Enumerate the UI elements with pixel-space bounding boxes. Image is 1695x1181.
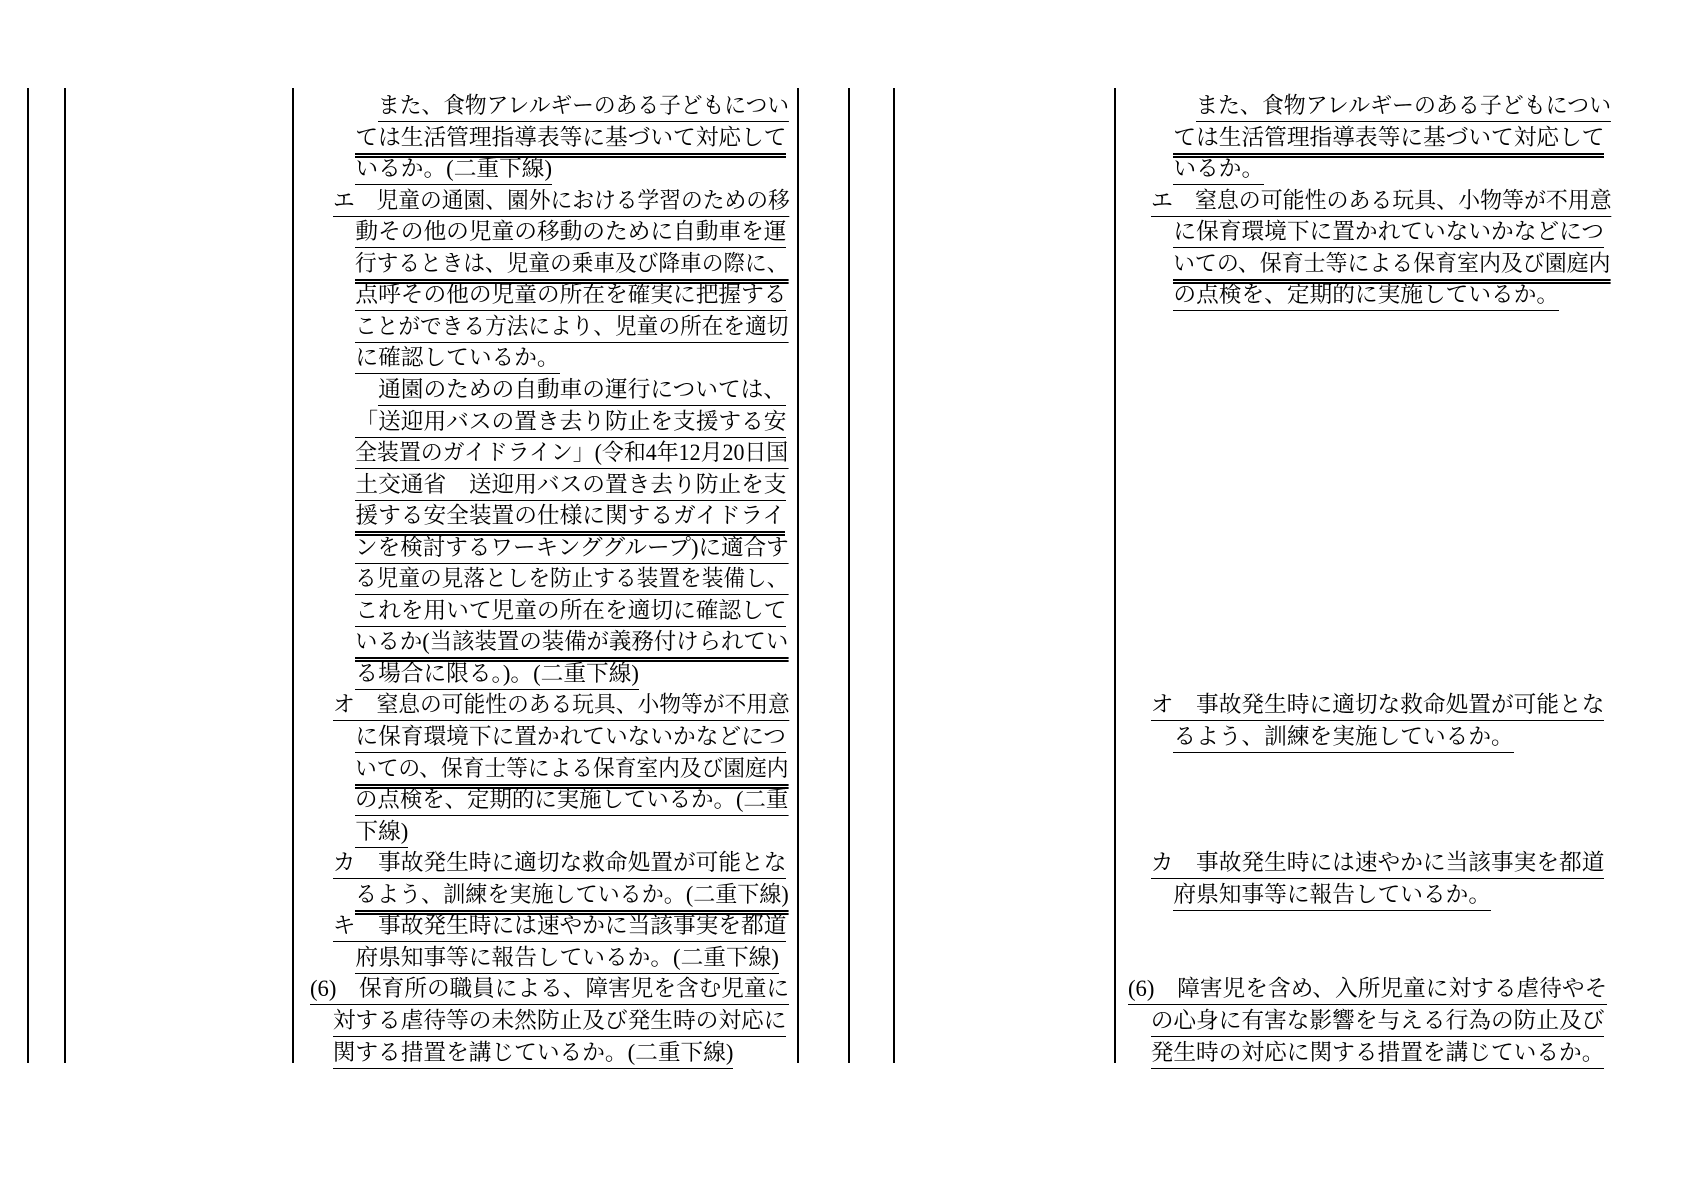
- text-line: これを用いて児童の所在を適切に確認して: [355, 596, 786, 627]
- line-text: ンを検討するワーキンググループ)に適合す: [355, 533, 789, 564]
- line-text: 「送迎用バスの置き去り防止を支援する安: [355, 407, 786, 438]
- line-text: カ 事故発生時に適切な救命処置が可能とな: [333, 848, 787, 879]
- text-line: いての、保育士等による保育室内及び園庭内: [1173, 249, 1626, 284]
- text-line: ンを検討するワーキンググループ)に適合す: [355, 533, 791, 564]
- line-text: いるか。(二重下線): [355, 154, 552, 185]
- line-text: いるか(当該装置の装備が義務付けられてい: [355, 627, 788, 662]
- line-text: るよう、訓練を実施しているか。(二重下線): [355, 880, 789, 915]
- text-line: いるか(当該装置の装備が義務付けられてい: [355, 627, 794, 662]
- table-rule-vertical-6: [893, 88, 895, 1063]
- line-text: の点検を、定期的に実施しているか。(二重: [355, 785, 788, 816]
- text-line: に確認しているか。: [355, 343, 559, 374]
- line-text: いての、保育士等による保育室内及び園庭内: [355, 754, 788, 789]
- line-text: に保育環境下に置かれていないかなどにつ: [1173, 217, 1604, 248]
- line-text: の点検を、定期的に実施しているか。: [1173, 280, 1559, 311]
- text-line: に保育環境下に置かれていないかなどにつ: [1173, 217, 1604, 248]
- line-text: 関する措置を講じているか。(二重下線): [333, 1038, 734, 1069]
- text-line: の点検を、定期的に実施しているか。: [1173, 280, 1559, 311]
- line-text: 下線): [355, 817, 408, 848]
- text-line: カ 事故発生時に適切な救命処置が可能とな: [333, 848, 787, 879]
- text-line: 全装置のガイドライン」(令和4年12月20日国: [355, 438, 804, 469]
- text-line: ては生活管理指導表等に基づいて対応して: [1173, 123, 1604, 158]
- text-line: に保育環境下に置かれていないかなどにつ: [355, 722, 786, 753]
- text-line: 発生時の対応に関する措置を講じているか。: [1151, 1038, 1605, 1069]
- text-line: オ 窒息の可能性のある玩具、小物等が不用意: [333, 690, 809, 721]
- text-line: いての、保育士等による保育室内及び園庭内: [355, 754, 808, 789]
- text-line: 府県知事等に報告しているか。: [1173, 880, 1491, 911]
- text-line: 府県知事等に報告しているか。(二重下線): [355, 943, 778, 974]
- text-line: カ 事故発生時には速やかに当該事実を都道: [1151, 848, 1605, 879]
- text-line: るよう、訓練を実施しているか。(二重下線): [355, 880, 801, 915]
- line-text: いての、保育士等による保育室内及び園庭内: [1173, 249, 1610, 284]
- line-text: ては生活管理指導表等に基づいて対応して: [1173, 123, 1604, 158]
- text-line: エ 児童の通園、園外における学習のための移: [333, 186, 809, 217]
- text-line: 行するときは、児童の乗車及び降車の際に、: [355, 249, 809, 284]
- line-text: 援する安全装置の仕様に関するガイドライ: [355, 501, 785, 536]
- line-text: キ 事故発生時には速やかに当該事実を都道: [333, 911, 787, 942]
- line-text: の心身に有害な影響を与える行為の防止及び: [1151, 1006, 1605, 1037]
- text-line: 通園のための自動車の運行については、: [378, 375, 786, 406]
- line-text: エ 児童の通園、園外における学習のための移: [333, 186, 790, 217]
- line-text: 行するときは、児童の乗車及び降車の際に、: [355, 249, 788, 284]
- text-line: ては生活管理指導表等に基づいて対応して: [355, 123, 786, 158]
- text-line: また、食物アレルギーのある子どもについ: [378, 91, 807, 122]
- line-text: いるか。: [1173, 154, 1264, 185]
- line-text: オ 窒息の可能性のある玩具、小物等が不用意: [333, 690, 790, 721]
- table-rule-vertical-1: [27, 88, 29, 1063]
- line-text: カ 事故発生時には速やかに当該事実を都道: [1151, 848, 1605, 879]
- line-text: また、食物アレルギーのある子どもについ: [1196, 91, 1611, 122]
- line-text: 府県知事等に報告しているか。(二重下線): [355, 943, 778, 974]
- table-rule-vertical-5: [848, 88, 850, 1063]
- text-line: (6) 障害児を含め、入所児童に対する虐待やそ: [1128, 974, 1607, 1005]
- table-rule-vertical-2: [64, 88, 66, 1063]
- line-text: これを用いて児童の所在を適切に確認して: [355, 596, 786, 627]
- line-text: 府県知事等に報告しているか。: [1173, 880, 1491, 911]
- line-text: 全装置のガイドライン」(令和4年12月20日国: [355, 438, 788, 469]
- text-line: るよう、訓練を実施しているか。: [1173, 722, 1513, 753]
- text-line: ことができる方法により、児童の所在を適切: [355, 312, 809, 343]
- text-line: の点検を、定期的に実施しているか。(二重: [355, 785, 794, 816]
- line-text: る児童の見落としを防止する装置を装備し、: [355, 564, 788, 595]
- document-page: また、食物アレルギーのある子どもについては生活管理指導表等に基づいて対応している…: [0, 0, 1695, 1181]
- text-line: オ 事故発生時に適切な救命処置が可能とな: [1151, 690, 1605, 721]
- line-text: に保育環境下に置かれていないかなどにつ: [355, 722, 786, 753]
- text-line: (6) 保育所の職員による、障害児を含む児童に: [310, 974, 790, 1005]
- text-line: の心身に有害な影響を与える行為の防止及び: [1151, 1006, 1605, 1037]
- line-text: エ 窒息の可能性のある玩具、小物等が不用意: [1151, 186, 1612, 217]
- line-text: オ 事故発生時に適切な救命処置が可能とな: [1151, 690, 1605, 721]
- text-line: る場合に限る。)。(二重下線): [355, 659, 639, 690]
- text-line: る児童の見落としを防止する装置を装備し、: [355, 564, 809, 595]
- text-line: 土交通省 送迎用バスの置き去り防止を支: [355, 470, 786, 501]
- line-text: (6) 障害児を含め、入所児童に対する虐待やそ: [1128, 974, 1607, 1005]
- text-line: いるか。(二重下線): [355, 154, 552, 185]
- text-line: 援する安全装置の仕様に関するガイドライ: [355, 501, 785, 536]
- line-text: るよう、訓練を実施しているか。: [1173, 722, 1513, 753]
- line-text: 動その他の児童の移動のために自動車を運: [355, 217, 786, 248]
- text-line: いるか。: [1173, 154, 1264, 185]
- line-text: ことができる方法により、児童の所在を適切: [355, 312, 788, 343]
- text-line: 点呼その他の児童の所在を確実に把握する: [355, 280, 786, 311]
- line-text: 通園のための自動車の運行については、: [378, 375, 786, 406]
- text-line: また、食物アレルギーのある子どもについ: [1196, 91, 1625, 122]
- text-line: 下線): [355, 817, 408, 848]
- line-text: に確認しているか。: [355, 343, 559, 374]
- line-text: 点呼その他の児童の所在を確実に把握する: [355, 280, 786, 311]
- text-line: 「送迎用バスの置き去り防止を支援する安: [355, 407, 786, 438]
- text-line: キ 事故発生時には速やかに当該事実を都道: [333, 911, 787, 942]
- line-text: ては生活管理指導表等に基づいて対応して: [355, 123, 786, 158]
- line-text: る場合に限る。)。(二重下線): [355, 659, 639, 690]
- text-line: エ 窒息の可能性のある玩具、小物等が不用意: [1151, 186, 1627, 217]
- table-rule-vertical-7: [1114, 88, 1116, 1063]
- line-text: 対する虐待等の未然防止及び発生時の対応に: [333, 1006, 787, 1037]
- text-line: 動その他の児童の移動のために自動車を運: [355, 217, 786, 248]
- line-text: (6) 保育所の職員による、障害児を含む児童に: [310, 974, 789, 1005]
- table-rule-vertical-3: [292, 88, 294, 1063]
- text-line: 関する措置を講じているか。(二重下線): [333, 1038, 734, 1069]
- line-text: 土交通省 送迎用バスの置き去り防止を支: [355, 470, 786, 501]
- line-text: また、食物アレルギーのある子どもについ: [378, 91, 789, 122]
- text-line: 対する虐待等の未然防止及び発生時の対応に: [333, 1006, 787, 1037]
- line-text: 発生時の対応に関する措置を講じているか。: [1151, 1038, 1605, 1069]
